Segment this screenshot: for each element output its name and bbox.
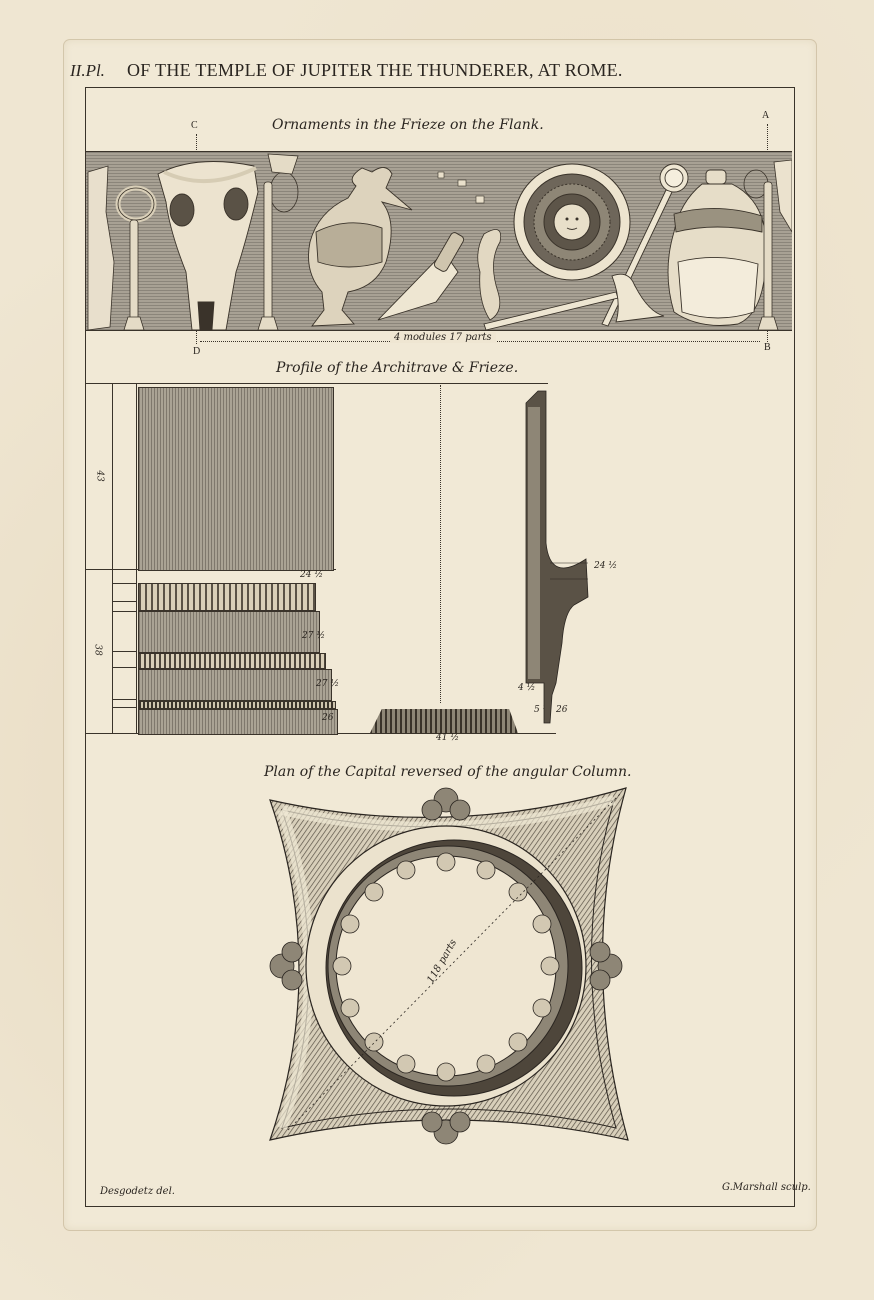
- architrave-fascia-1: [138, 611, 320, 653]
- engraver-credit: G.Marshall sculp.: [722, 1182, 811, 1193]
- aspergillum-icon: [478, 230, 501, 321]
- capital-plan-illustration: [258, 780, 638, 1152]
- plate-header: II.Pl. OF THE TEMPLE OF JUPITER THE THUN…: [70, 60, 810, 84]
- label-frieze-height: 43: [95, 470, 105, 481]
- label-architrave-total: 38: [93, 644, 103, 655]
- marker-c: C: [191, 120, 198, 131]
- sacrificial-knife-icon: [378, 231, 465, 320]
- label-projection-top: 24 ½: [300, 570, 323, 580]
- marker-a: A: [762, 110, 769, 121]
- draughtsman-credit: Desgodetz del.: [100, 1186, 175, 1197]
- plate-number: II.Pl.: [70, 61, 105, 81]
- architrave-moulding-3: [138, 701, 336, 709]
- label-projection-right: 24 ½: [594, 561, 617, 571]
- label-bottom-width: 41 ½: [436, 733, 459, 743]
- frieze-caption: Ornaments in the Frieze on the Flank.: [272, 117, 544, 133]
- axe-icon: [484, 274, 664, 330]
- architrave-moulding-1: [138, 583, 316, 611]
- architrave-moulding-2: [138, 653, 326, 669]
- label-bottom: 26: [322, 713, 333, 723]
- cornice-profile-section: [516, 383, 596, 735]
- frieze-block: [138, 387, 334, 571]
- bucranium-icon: [158, 162, 258, 331]
- patera-medusa-icon: [514, 164, 630, 280]
- profile-caption: Profile of the Architrave & Frieze.: [276, 360, 518, 376]
- label-fascia-2: 27 ½: [316, 679, 339, 689]
- plate-title: OF THE TEMPLE OF JUPITER THE THUNDERER, …: [127, 60, 623, 81]
- capital-caption: Plan of the Capital reversed of the angu…: [264, 764, 631, 780]
- marker-d: D: [193, 346, 200, 357]
- profile-axis: [440, 385, 441, 703]
- label-fascia-1: 27 ½: [302, 631, 325, 641]
- frieze-relief: [86, 151, 792, 331]
- soffit-moulding: [370, 709, 518, 733]
- architrave-fascia-3: [138, 709, 338, 735]
- architrave-fascia-2: [138, 669, 332, 701]
- garland-left: [118, 188, 154, 330]
- marker-b: B: [764, 342, 771, 353]
- helmet-vessel-icon: [668, 170, 766, 326]
- profile-drawing: 43 38 24 ½ 27 ½ 27 ½ 26 41 ½ 4 ½ 5 ½ 26 …: [86, 383, 556, 735]
- frieze-dimension-label: 4 modules 17 parts: [390, 332, 496, 343]
- frieze-ornaments-illustration: [86, 152, 792, 330]
